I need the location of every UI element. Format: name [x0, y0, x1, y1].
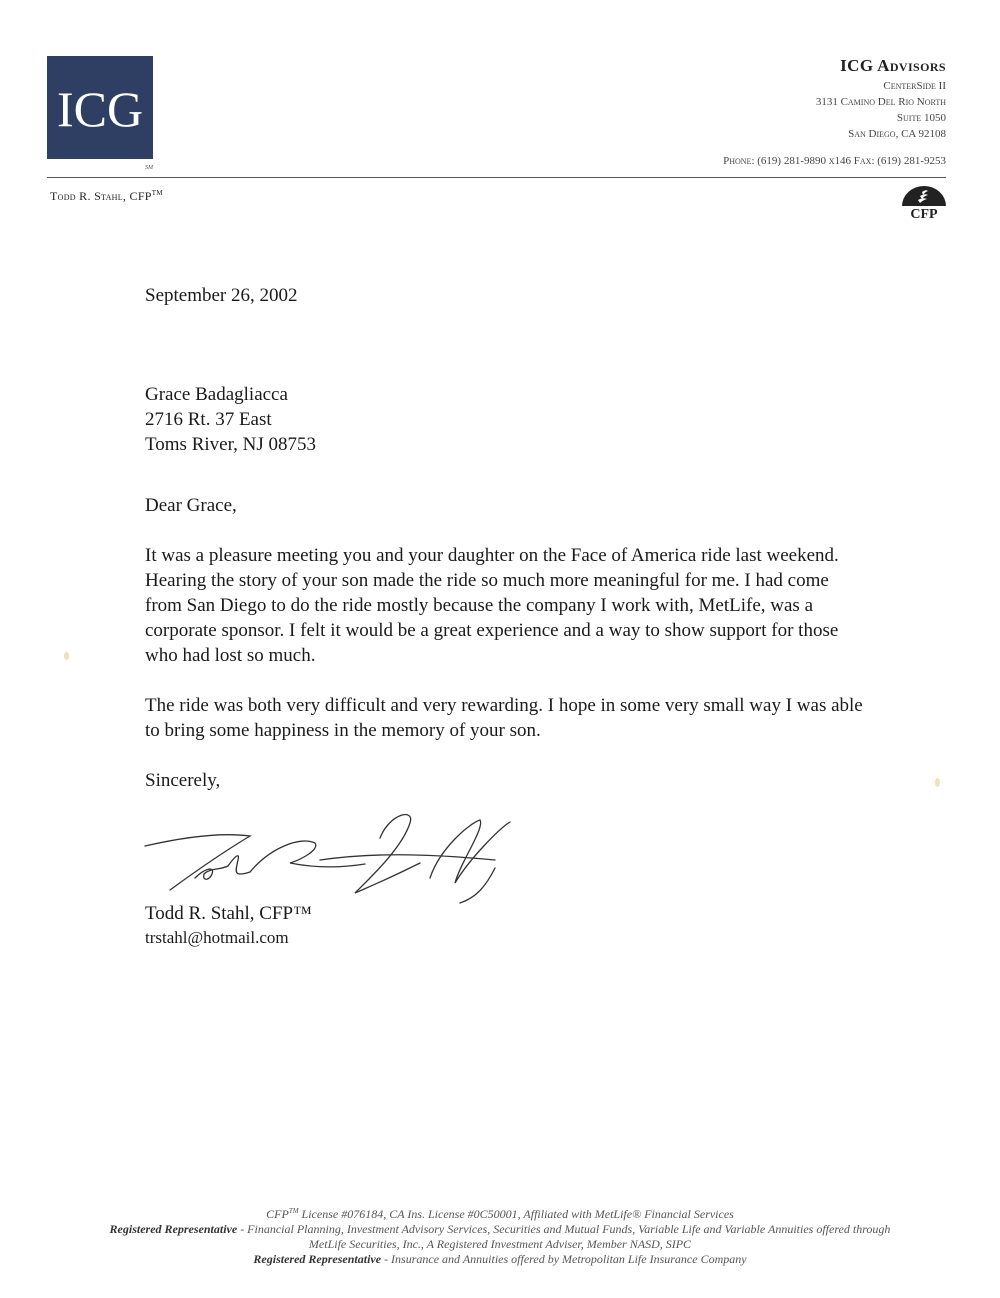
header-divider	[47, 177, 946, 178]
body-paragraph: The ride was both very difficult and ver…	[145, 693, 865, 743]
closing: Sincerely,	[145, 768, 865, 793]
salutation: Dear Grace,	[145, 493, 865, 518]
paper-smudge	[935, 778, 940, 787]
company-address-line: CenterSide II	[816, 78, 946, 94]
signer-name: Todd R. Stahl, CFP™	[145, 903, 312, 925]
logo-text: ICG	[57, 84, 143, 134]
letter-body: September 26, 2002 Grace Badagliacca 271…	[145, 283, 865, 793]
company-address-line: 3131 Camino Del Rio North	[816, 94, 946, 110]
letter-date: September 26, 2002	[145, 283, 865, 308]
letterhead-person-name: Todd R. Stahl, CFPTM	[50, 189, 163, 204]
cfp-logo-icon: CFP	[900, 184, 948, 220]
footer-metlife-line: MetLife Securities, Inc., A Registered I…	[0, 1237, 1000, 1252]
recipient-city: Toms River, NJ 08753	[145, 432, 865, 457]
recipient-name: Grace Badagliacca	[145, 382, 865, 407]
footer-registered-rep-line: Registered Representative - Financial Pl…	[0, 1222, 1000, 1237]
footer-insurance-line: Registered Representative - Insurance an…	[0, 1252, 1000, 1267]
letterhead-footer: CFPTM License #076184, CA Ins. License #…	[0, 1204, 1000, 1267]
footer-license-line: CFPTM License #076184, CA Ins. License #…	[0, 1204, 1000, 1222]
svg-text:CFP: CFP	[910, 207, 938, 220]
company-address-line: Suite 1050	[816, 110, 946, 126]
company-block: ICG Advisors CenterSide II 3131 Camino D…	[816, 56, 946, 142]
company-phone-fax: Phone: (619) 281-9890 x146 Fax: (619) 28…	[723, 155, 946, 167]
recipient-street: 2716 Rt. 37 East	[145, 407, 865, 432]
handwritten-signature	[140, 808, 520, 908]
recipient-address: Grace Badagliacca 2716 Rt. 37 East Toms …	[145, 382, 865, 457]
signer-email[interactable]: trstahl@hotmail.com	[145, 928, 289, 948]
icg-logo: ICG	[47, 56, 153, 159]
paper-smudge	[64, 652, 69, 660]
service-mark: SM	[145, 165, 153, 171]
body-paragraph: It was a pleasure meeting you and your d…	[145, 543, 865, 668]
company-name: ICG Advisors	[816, 56, 946, 76]
company-address-line: San Diego, CA 92108	[816, 126, 946, 142]
